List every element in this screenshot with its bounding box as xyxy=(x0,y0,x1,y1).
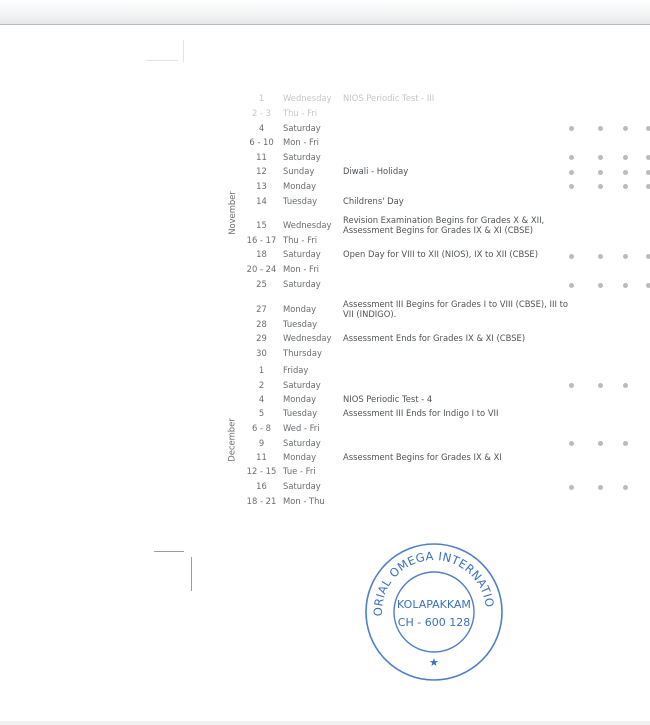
bleed-dot xyxy=(598,485,603,490)
day-cell: Wednesday xyxy=(279,221,343,231)
bleed-dot xyxy=(646,184,650,189)
calendar-row: 15WednesdayRevision Examination Begins f… xyxy=(244,216,568,235)
calendar-row: 27MondayAssessment III Begins for Grades… xyxy=(244,300,568,319)
day-cell: Monday xyxy=(279,395,343,405)
day-cell: Saturday xyxy=(279,250,343,260)
date-cell: 28 xyxy=(244,320,279,330)
day-cell: Sunday xyxy=(279,167,343,177)
day-cell: Tuesday xyxy=(279,409,343,419)
crop-mark-horizontal xyxy=(154,551,184,552)
event-cell: Open Day for VIII to XII (NIOS), IX to X… xyxy=(343,250,568,260)
svg-text:CH - 600 128: CH - 600 128 xyxy=(398,616,470,629)
calendar-row: 12 - 15Tue - Fri xyxy=(244,467,568,477)
faint-tick-mark xyxy=(146,60,178,61)
date-cell: 9 xyxy=(244,439,279,449)
school-seal-stamp: LALAJI MEMORIAL OMEGA INTERNATIONAL SCHO… xyxy=(362,540,506,684)
bleed-dot xyxy=(569,126,574,131)
day-cell: Tuesday xyxy=(279,197,343,207)
bleed-dot xyxy=(598,441,603,446)
date-cell: 16 - 17 xyxy=(244,236,279,246)
month-label-december: December xyxy=(227,418,237,461)
bleed-dot xyxy=(598,155,603,160)
calendar-row: 14TuesdayChildrens' Day xyxy=(244,197,568,207)
bleed-dot xyxy=(623,485,628,490)
scan-top-edge xyxy=(0,0,650,25)
event-cell: Childrens' Day xyxy=(343,197,568,207)
calendar-row: 11MondayAssessment Begins for Grades IX … xyxy=(244,453,568,463)
bleed-dot xyxy=(569,170,574,175)
day-cell: Thursday xyxy=(279,349,343,359)
day-cell: Mon - Fri xyxy=(279,265,343,275)
date-cell: 2 xyxy=(244,381,279,391)
faint-tick-mark xyxy=(183,40,184,62)
calendar-row: 25Saturday xyxy=(244,280,568,290)
date-cell: 4 xyxy=(244,395,279,405)
date-cell: 11 xyxy=(244,453,279,463)
day-cell: Saturday xyxy=(279,153,343,163)
bleed-dot xyxy=(623,254,628,259)
bleed-dot xyxy=(623,126,628,131)
day-cell: Saturday xyxy=(279,439,343,449)
event-cell: Assessment III Ends for Indigo I to VII xyxy=(343,409,568,419)
bleed-dot xyxy=(569,485,574,490)
date-cell: 20 - 24 xyxy=(244,265,279,275)
event-cell: Assessment Ends for Grades IX & XI (CBSE… xyxy=(343,334,568,344)
calendar-row: 18SaturdayOpen Day for VIII to XII (NIOS… xyxy=(244,250,568,260)
event-cell: NIOS Periodic Test - 4 xyxy=(343,395,568,405)
date-cell: 1 xyxy=(244,94,279,104)
day-cell: Wed - Fri xyxy=(279,424,343,434)
bleed-dot xyxy=(646,283,650,288)
bleed-dot xyxy=(623,283,628,288)
bleed-dot xyxy=(623,170,628,175)
svg-text:★: ★ xyxy=(429,656,439,669)
bleed-dot xyxy=(623,184,628,189)
bleed-dot xyxy=(569,155,574,160)
day-cell: Tue - Fri xyxy=(279,467,343,477)
date-cell: 16 xyxy=(244,482,279,492)
bleed-dot xyxy=(598,170,603,175)
date-cell: 6 - 8 xyxy=(244,424,279,434)
day-cell: Saturday xyxy=(279,124,343,134)
bleed-dot xyxy=(598,254,603,259)
calendar-row: 2Saturday xyxy=(244,381,568,391)
calendar-row: 1WednesdayNIOS Periodic Test - III xyxy=(244,94,568,104)
bleed-dot xyxy=(646,126,650,131)
calendar-row: 1Friday xyxy=(244,366,568,376)
event-cell: Diwali - Holiday xyxy=(343,167,568,177)
calendar-row: 5TuesdayAssessment III Ends for Indigo I… xyxy=(244,409,568,419)
bleed-dot xyxy=(598,383,603,388)
date-cell: 25 xyxy=(244,280,279,290)
bleed-dot xyxy=(623,383,628,388)
day-cell: Monday xyxy=(279,453,343,463)
date-cell: 11 xyxy=(244,153,279,163)
date-cell: 30 xyxy=(244,349,279,359)
calendar-row: 29WednesdayAssessment Ends for Grades IX… xyxy=(244,334,568,344)
date-cell: 6 - 10 xyxy=(244,138,279,148)
calendar-row: 13Monday xyxy=(244,182,568,192)
day-cell: Saturday xyxy=(279,280,343,290)
calendar-row: 28Tuesday xyxy=(244,320,568,330)
date-cell: 18 - 21 xyxy=(244,497,279,507)
day-cell: Thu - Fri xyxy=(279,109,343,119)
date-cell: 29 xyxy=(244,334,279,344)
day-cell: Wednesday xyxy=(279,334,343,344)
bleed-dot xyxy=(646,254,650,259)
calendar-row: 16Saturday xyxy=(244,482,568,492)
calendar-row: 18 - 21Mon - Thu xyxy=(244,497,568,507)
calendar-row: 4Saturday xyxy=(244,124,568,134)
bleed-dot xyxy=(598,184,603,189)
day-cell: Saturday xyxy=(279,381,343,391)
date-cell: 12 - 15 xyxy=(244,467,279,477)
date-cell: 13 xyxy=(244,182,279,192)
date-cell: 14 xyxy=(244,197,279,207)
bleed-dot xyxy=(569,283,574,288)
bleed-dot xyxy=(569,441,574,446)
bleed-dot xyxy=(623,155,628,160)
day-cell: Tuesday xyxy=(279,320,343,330)
calendar-row: 20 - 24Mon - Fri xyxy=(244,265,568,275)
calendar-row: 6 - 10Mon - Fri xyxy=(244,138,568,148)
bleed-dot xyxy=(646,170,650,175)
bleed-dot xyxy=(569,383,574,388)
date-cell: 1 xyxy=(244,366,279,376)
bleed-dot xyxy=(623,441,628,446)
calendar-row: 12SundayDiwali - Holiday xyxy=(244,167,568,177)
bleed-dot xyxy=(646,155,650,160)
event-cell: Assessment Begins for Grades IX & XI xyxy=(343,453,568,463)
day-cell: Mon - Thu xyxy=(279,497,343,507)
date-cell: 18 xyxy=(244,250,279,260)
date-cell: 4 xyxy=(244,124,279,134)
day-cell: Thu - Fri xyxy=(279,236,343,246)
calendar-row: 4MondayNIOS Periodic Test - 4 xyxy=(244,395,568,405)
calendar-row: 6 - 8Wed - Fri xyxy=(244,424,568,434)
bleed-dot xyxy=(569,184,574,189)
day-cell: Mon - Fri xyxy=(279,138,343,148)
date-cell: 27 xyxy=(244,305,279,315)
date-cell: 12 xyxy=(244,167,279,177)
date-cell: 5 xyxy=(244,409,279,419)
day-cell: Monday xyxy=(279,305,343,315)
event-cell: Revision Examination Begins for Grades X… xyxy=(343,216,568,235)
bleed-dot xyxy=(569,254,574,259)
calendar-row: 9Saturday xyxy=(244,439,568,449)
bleed-dot xyxy=(598,126,603,131)
calendar-row: 11Saturday xyxy=(244,153,568,163)
calendar-row: 16 - 17Thu - Fri xyxy=(244,236,568,246)
seal-icon: LALAJI MEMORIAL OMEGA INTERNATIONAL SCHO… xyxy=(362,540,506,684)
svg-text:KOLAPAKKAM: KOLAPAKKAM xyxy=(397,598,471,611)
scan-bottom-edge xyxy=(0,721,650,725)
event-cell: NIOS Periodic Test - III xyxy=(343,94,568,104)
day-cell: Monday xyxy=(279,182,343,192)
event-cell: Assessment III Begins for Grades I to VI… xyxy=(343,300,568,319)
bleed-dot xyxy=(598,283,603,288)
calendar-row: 2 - 3Thu - Fri xyxy=(244,109,568,119)
calendar-row: 30Thursday xyxy=(244,349,568,359)
day-cell: Saturday xyxy=(279,482,343,492)
date-cell: 15 xyxy=(244,221,279,231)
day-cell: Wednesday xyxy=(279,94,343,104)
month-label-november: November xyxy=(227,191,237,235)
date-cell: 2 - 3 xyxy=(244,109,279,119)
day-cell: Friday xyxy=(279,366,343,376)
crop-mark-vertical xyxy=(191,557,192,591)
